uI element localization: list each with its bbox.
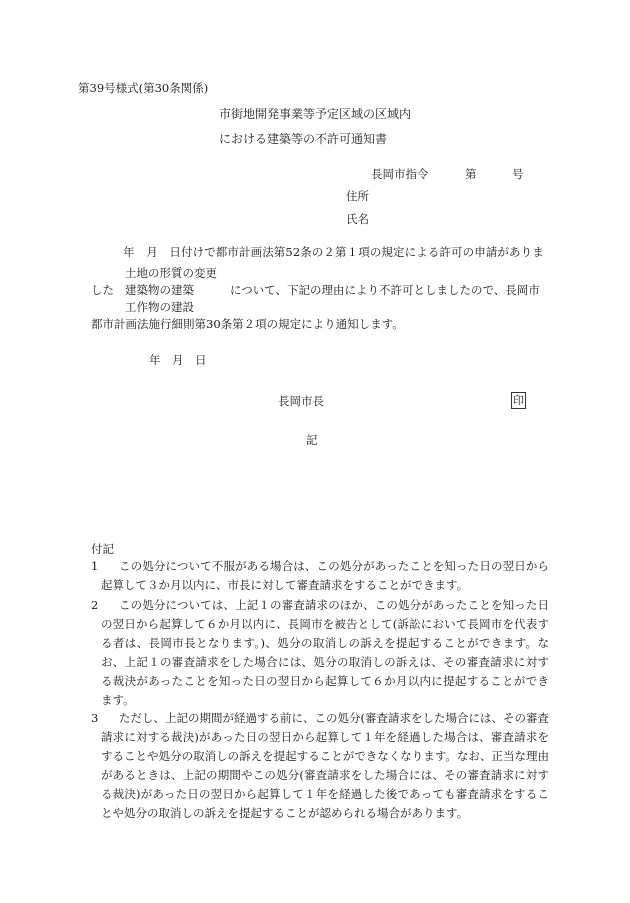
note-number: 2: [91, 596, 98, 615]
issue-date: 年 月 日: [149, 355, 207, 367]
body-line2: について、下記の理由により不許可としましたので、長岡市: [230, 285, 540, 297]
ki-label: 記: [306, 435, 318, 447]
note-number: 3: [91, 709, 98, 728]
issuer-label: 長岡市指令: [371, 167, 429, 181]
note-item: 1 この処分について不服がある場合は、この処分があったことを知った日の翌日から起…: [91, 557, 549, 595]
notes-heading: 付記: [91, 544, 114, 556]
mayor-label: 長岡市長: [278, 396, 324, 408]
option-land: 土地の形質の変更: [125, 268, 217, 280]
go-label: 号: [512, 169, 524, 181]
body-line1: 年 月 日付けで都市計画法第52条の２第１項の規定による許可の申請がありま: [123, 247, 544, 259]
option-building: 建築物の建築: [125, 285, 194, 297]
note-text: この処分について不服がある場合は、この処分があったことを知った日の翌日から起算し…: [91, 557, 549, 595]
note-number: 1: [91, 557, 98, 576]
note-text: この処分については、上記１の審査請求のほか、この処分があったことを知った日の翌日…: [91, 596, 549, 710]
document-title-line2: における建築等の不許可通知書: [219, 133, 387, 145]
note-text: ただし、上記の期間が経過する前に、この処分(審査請求をした場合には、その審査請求…: [91, 709, 549, 823]
seal-icon: 印: [511, 392, 526, 409]
note-item: 2 この処分については、上記１の審査請求のほか、この処分があったことを知った日の…: [91, 596, 549, 710]
body-line3: 都市計画法施行細則第30条第２項の規定により通知します。: [91, 319, 404, 331]
address-label: 住所: [346, 191, 369, 203]
name-label: 氏名: [346, 214, 369, 226]
note-item: 3 ただし、上記の期間が経過する前に、この処分(審査請求をした場合には、その審査…: [91, 709, 549, 823]
body-shita: した: [91, 285, 114, 297]
reference-number: 長岡市指令 第 号: [371, 169, 429, 181]
form-label: 第39号様式(第30条関係): [78, 83, 208, 95]
option-structure: 工作物の建設: [125, 302, 194, 314]
document-title-line1: 市街地開発事業等予定区域の区域内: [219, 108, 411, 120]
dai-label: 第: [465, 169, 477, 181]
